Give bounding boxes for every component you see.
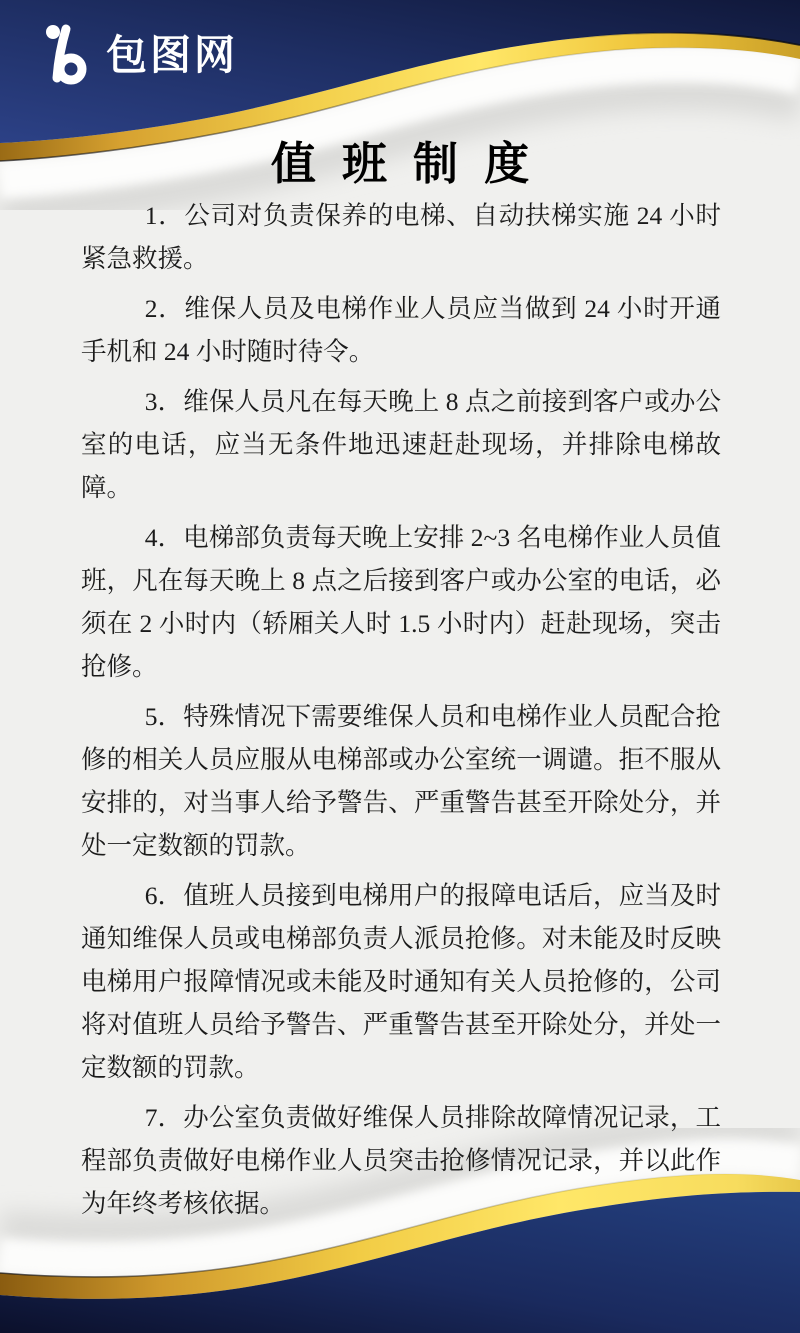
logo-text: 包图网 — [106, 35, 238, 76]
b-dot-logo-icon — [42, 22, 98, 88]
rule-paragraph: 5．特殊情况下需要维保人员和电梯作业人员配合抢修的相关人员应服从电梯部或办公室统… — [81, 695, 721, 867]
rules-list: 1．公司对负责保养的电梯、自动扶梯实施 24 小时紧急救援。2．维保人员及电梯作… — [81, 194, 721, 1232]
rule-paragraph: 2．维保人员及电梯作业人员应当做到 24 小时开通手机和 24 小时随时待令。 — [81, 287, 721, 373]
rule-paragraph: 6．值班人员接到电梯用户的报障电话后，应当及时通知维保人员或电梯部负责人派员抢修… — [81, 874, 721, 1089]
rule-paragraph: 4．电梯部负责每天晚上安排 2~3 名电梯作业人员值班，凡在每天晚上 8 点之后… — [81, 516, 721, 688]
rule-paragraph: 7．办公室负责做好维保人员排除故障情况记录，工程部负责做好电梯作业人员突击抢修情… — [81, 1096, 721, 1225]
poster-title: 值班制度 — [0, 127, 800, 192]
rule-paragraph: 1．公司对负责保养的电梯、自动扶梯实施 24 小时紧急救援。 — [81, 194, 721, 280]
baotu-logo: 包图网 — [42, 22, 238, 88]
rule-paragraph: 3．维保人员凡在每天晚上 8 点之前接到客户或办公室的电话，应当无条件地迅速赶赴… — [81, 380, 721, 509]
poster-page: 包图网 值班制度 1．公司对负责保养的电梯、自动扶梯实施 24 小时紧急救援。2… — [0, 0, 800, 1333]
